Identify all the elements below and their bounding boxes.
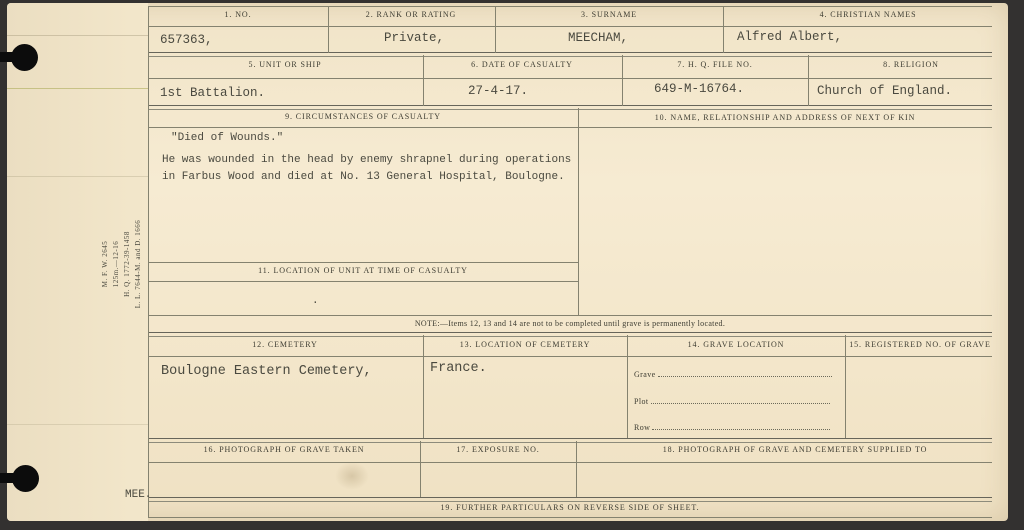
value-hq-file-no: 649-M-16764. [654,82,744,96]
grid-line [148,462,992,463]
grid-line [148,127,992,128]
grid-divider [808,55,809,106]
field-label-next-of-kin: 10. NAME, RELATIONSHIP AND ADDRESS OF NE… [655,113,916,122]
grid-left-border [148,6,149,517]
grid-line [148,281,578,282]
field-label-rank: 2. RANK OR RATING [366,10,456,19]
grid-divider [578,108,579,315]
grid-line-bottom [148,517,992,518]
value-service-number: 657363, [160,33,213,47]
row-row-label: Row [634,423,652,432]
grid-line [148,356,992,357]
value-date-of-casualty: 27-4-17. [468,84,528,98]
grid-line-thick [148,332,992,337]
grid-divider [845,335,846,438]
field-label-hq-file-no: 7. H. Q. FILE NO. [677,60,752,69]
scan-smudge [335,462,369,490]
form-reference-numbers: M. F. W. 2645 125m.—12-16 H. Q. 1772-39-… [100,220,144,309]
field-label-no: 1. NO. [225,10,252,19]
field-label-registered-no: 15. REGISTERED NO. OF GRAVE [849,340,991,349]
field-label-religion: 8. RELIGION [883,60,939,69]
grid-line [148,315,992,316]
grid-line [148,78,992,79]
field-label-cemetery: 12. CEMETERY [252,340,317,349]
value-unit: 1st Battalion. [160,86,265,100]
grid-divider [423,55,424,106]
grid-divider [423,335,424,438]
grid-line [148,26,992,27]
grid-divider [622,55,623,106]
paper-rule-line [7,35,148,36]
grid-line-thick [148,105,992,110]
stray-mark: . [312,293,319,310]
field-label-unit-location: 11. LOCATION OF UNIT AT TIME OF CASUALTY [258,266,468,275]
grid-line [148,262,578,263]
grid-line-thick [148,438,992,443]
value-religion: Church of England. [817,84,952,98]
grid-line-thick [148,497,992,502]
field-label-date-of-casualty: 6. DATE OF CASUALTY [471,60,573,69]
value-christian-names: Alfred Albert, [737,30,842,44]
paper-rule-line [7,176,148,177]
grid-divider [576,441,577,497]
grave-location-plot-row: Plot [634,395,830,406]
field-label-unit: 5. UNIT OR SHIP [249,60,322,69]
dotted-leader [658,375,832,377]
hole-punch-bottom [12,465,39,492]
value-circumstances-quote: "Died of Wounds." [171,130,283,147]
grid-divider [495,6,496,53]
field-label-further-particulars: 19. FURTHER PARTICULARS ON REVERSE SIDE … [441,503,700,512]
field-label-photo-taken: 16. PHOTOGRAPH OF GRAVE TAKEN [204,445,365,454]
grid-line-top [148,6,992,7]
field-label-grave-location: 14. GRAVE LOCATION [688,340,785,349]
paper-rule-line [7,424,148,425]
note-text: NOTE:—Items 12, 13 and 14 are not to be … [148,319,992,328]
annotation-mee: MEE. [125,487,151,504]
value-cemetery-location: France. [430,361,487,376]
field-label-circumstances: 9. CIRCUMSTANCES OF CASUALTY [285,112,441,121]
hole-punch-top [11,44,38,71]
paper-rule-line-green [7,88,148,89]
value-circumstances-details: He was wounded in the head by enemy shra… [162,152,571,186]
value-cemetery: Boulogne Eastern Cemetery, [161,364,372,379]
value-surname: MEECHAM, [568,31,628,45]
grid-divider [627,335,628,438]
dotted-leader [652,428,830,430]
field-label-photo-supplied: 18. PHOTOGRAPH OF GRAVE AND CEMETERY SUP… [663,445,928,454]
field-label-christian-names: 4. CHRISTIAN NAMES [820,10,917,19]
scan-background: 1. NO. 2. RANK OR RATING 3. SURNAME 4. C… [0,0,1024,530]
dotted-leader [651,402,831,404]
grid-divider [420,441,421,497]
grid-divider [328,6,329,53]
grid-line-thick [148,52,992,57]
field-label-exposure-no: 17. EXPOSURE NO. [456,445,539,454]
grid-divider [723,6,724,53]
value-rank: Private, [384,31,444,45]
field-label-cemetery-location: 13. LOCATION OF CEMETERY [460,340,591,349]
grave-row-label: Grave [634,370,658,379]
grave-location-row-row: Row [634,421,830,432]
field-label-surname: 3. SURNAME [581,10,637,19]
grave-location-grave-row: Grave [634,368,832,379]
plot-row-label: Plot [634,397,651,406]
